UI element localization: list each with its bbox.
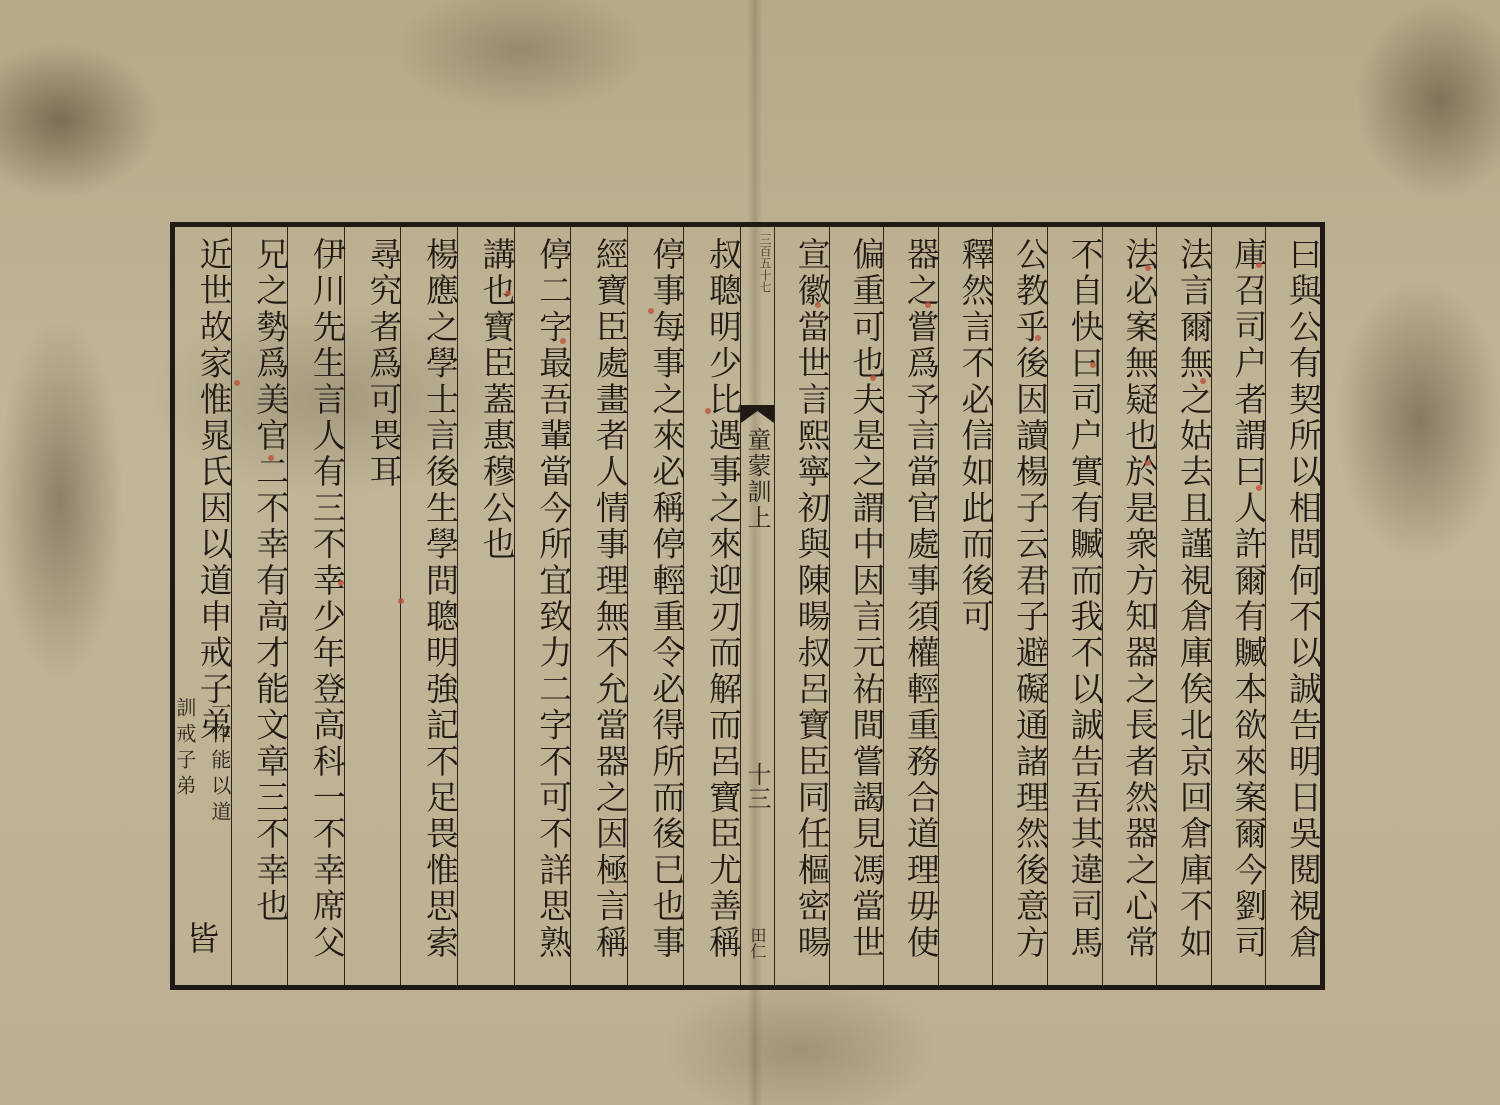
text-column: 楊應之學士言後生學問聰明強記不足畏惟思索	[400, 227, 457, 985]
carver-name: 田仁	[746, 927, 769, 959]
punctuation-dot-icon	[705, 408, 711, 414]
page-number: 十三	[740, 762, 775, 810]
column-text: 經寶臣處畫者人情事理無不允當器之因極言稱	[571, 237, 627, 961]
column-text: 公教乎後因讀楊子云君子避礙通諸理然後意方	[993, 237, 1047, 961]
punctuation-dot-icon	[1090, 362, 1096, 368]
column-text: 楊應之學士言後生學問聰明強記不足畏惟思索	[401, 237, 457, 961]
book-spread: 曰與公有契所以相問何不以誠告明日吳閱視倉 庫召司户者謂曰人許爾有贓本欲來案爾今劉…	[0, 0, 1500, 1105]
punctuation-dot-icon	[560, 338, 566, 344]
punctuation-dot-icon	[268, 455, 274, 461]
column-text: 兄之勢爲美官二不幸有高才能文章三不幸也	[232, 237, 288, 925]
text-column-with-note: 近世故家惟晁氏因以道申戒子弟 一作能以道 訓戒子弟 皆	[175, 227, 231, 985]
text-column: 釋然言不必信如此而後可	[938, 227, 993, 985]
column-text: 講也寶臣蓋惠穆公也	[458, 237, 514, 563]
punctuation-dot-icon	[398, 598, 404, 604]
punctuation-dot-icon	[1035, 335, 1041, 341]
note-line: 一作能以道	[206, 697, 235, 827]
text-column: 庫召司户者謂曰人許爾有贓本欲來案爾今劉司	[1211, 227, 1266, 985]
text-column: 講也寶臣蓋惠穆公也	[457, 227, 514, 985]
text-column: 法必案無疑也於是衆方知器之長者然器之心常	[1102, 227, 1157, 985]
column-text: 伊川先生言人有三不幸少年登高科一不幸席父	[288, 237, 344, 961]
column-text: 曰與公有契所以相問何不以誠告明日吳閱視倉	[1266, 237, 1320, 961]
column-text: 庫召司户者謂曰人許爾有贓本欲來案爾今劉司	[1212, 237, 1266, 961]
right-half-page: 曰與公有契所以相問何不以誠告明日吳閱視倉 庫召司户者謂曰人許爾有贓本欲來案爾今劉…	[775, 227, 1320, 985]
punctuation-dot-icon	[1145, 265, 1151, 271]
column-text: 器之嘗爲予言當官處事須權輕重務合道理毋使	[884, 237, 938, 961]
left-half-page: 叔聰明少比遇事之來迎刃而解而呂寶臣尤善稱 停事每事之來必稱停輕重令必得所而後已也…	[175, 227, 740, 985]
punctuation-dot-icon	[1145, 460, 1151, 466]
column-text: 釋然言不必信如此而後可	[939, 237, 993, 635]
column-text: 法必案無疑也於是衆方知器之長者然器之心常	[1103, 237, 1157, 961]
punctuation-dot-icon	[1256, 262, 1262, 268]
punctuation-dot-icon	[648, 308, 654, 314]
text-column: 尋究者爲可畏耳	[344, 227, 401, 985]
punctuation-dot-icon	[1256, 485, 1262, 491]
column-end-char: 皆	[175, 913, 231, 960]
text-column: 停事每事之來必稱停輕重令必得所而後已也事	[627, 227, 684, 985]
column-text: 停二字最吾輩當今所宜致力二字不可不詳思熟	[515, 237, 571, 961]
punctuation-dot-icon	[505, 290, 511, 296]
book-title: 童蒙訓上	[740, 427, 775, 531]
note-line: 訓戒子弟	[171, 697, 200, 827]
text-column: 器之嘗爲予言當官處事須權輕重務合道理毋使	[883, 227, 938, 985]
column-text: 宣徽當世言熙寧初與陳暘叔呂寶臣同任樞密暘	[775, 237, 829, 961]
column-text: 法言爾無之姑去且謹視倉庫俟北京回倉庫不如	[1157, 237, 1211, 961]
punctuation-dot-icon	[925, 302, 931, 308]
text-column: 偏重可也夫是之謂中因言元祐間嘗謁見馮當世	[829, 227, 884, 985]
column-text: 不自快曰司户實有贓而我不以誠告吾其違司馬	[1048, 237, 1102, 961]
column-text: 尋究者爲可畏耳	[345, 237, 401, 490]
text-column: 經寶臣處畫者人情事理無不允當器之因極言稱	[570, 227, 627, 985]
punctuation-dot-icon	[870, 375, 876, 381]
column-text: 偏重可也夫是之謂中因言元祐間嘗謁見馮當世	[830, 237, 884, 961]
punctuation-dot-icon	[338, 580, 344, 586]
print-frame: 曰與公有契所以相問何不以誠告明日吳閱視倉 庫召司户者謂曰人許爾有贓本欲來案爾今劉…	[170, 222, 1325, 990]
column-text: 停事每事之來必稱停輕重令必得所而後已也事	[628, 237, 684, 961]
text-column: 伊川先生言人有三不幸少年登高科一不幸席父	[287, 227, 344, 985]
text-column: 兄之勢爲美官二不幸有高才能文章三不幸也	[231, 227, 288, 985]
column-text: 近世故家惟晁氏因以道申戒子弟	[175, 237, 231, 744]
text-column: 法言爾無之姑去且謹視倉庫俟北京回倉庫不如	[1156, 227, 1211, 985]
fishtail-mark-icon	[741, 405, 774, 423]
text-column: 宣徽當世言熙寧初與陳暘叔呂寶臣同任樞密暘	[775, 227, 829, 985]
text-column: 曰與公有契所以相問何不以誠告明日吳閱視倉	[1265, 227, 1320, 985]
punctuation-dot-icon	[1200, 378, 1206, 384]
punctuation-dot-icon	[234, 380, 240, 386]
character-count: 三百五十七	[741, 233, 774, 293]
column-text: 叔聰明少比遇事之來迎刃而解而呂寶臣尤善稱	[684, 237, 740, 961]
banxin-center-strip: 三百五十七 童蒙訓上 十三 田仁	[740, 227, 775, 985]
text-column: 不自快曰司户實有贓而我不以誠告吾其違司馬	[1047, 227, 1102, 985]
interlinear-note: 一作能以道 訓戒子弟	[175, 697, 231, 827]
text-column: 叔聰明少比遇事之來迎刃而解而呂寶臣尤善稱	[683, 227, 740, 985]
punctuation-dot-icon	[815, 302, 821, 308]
